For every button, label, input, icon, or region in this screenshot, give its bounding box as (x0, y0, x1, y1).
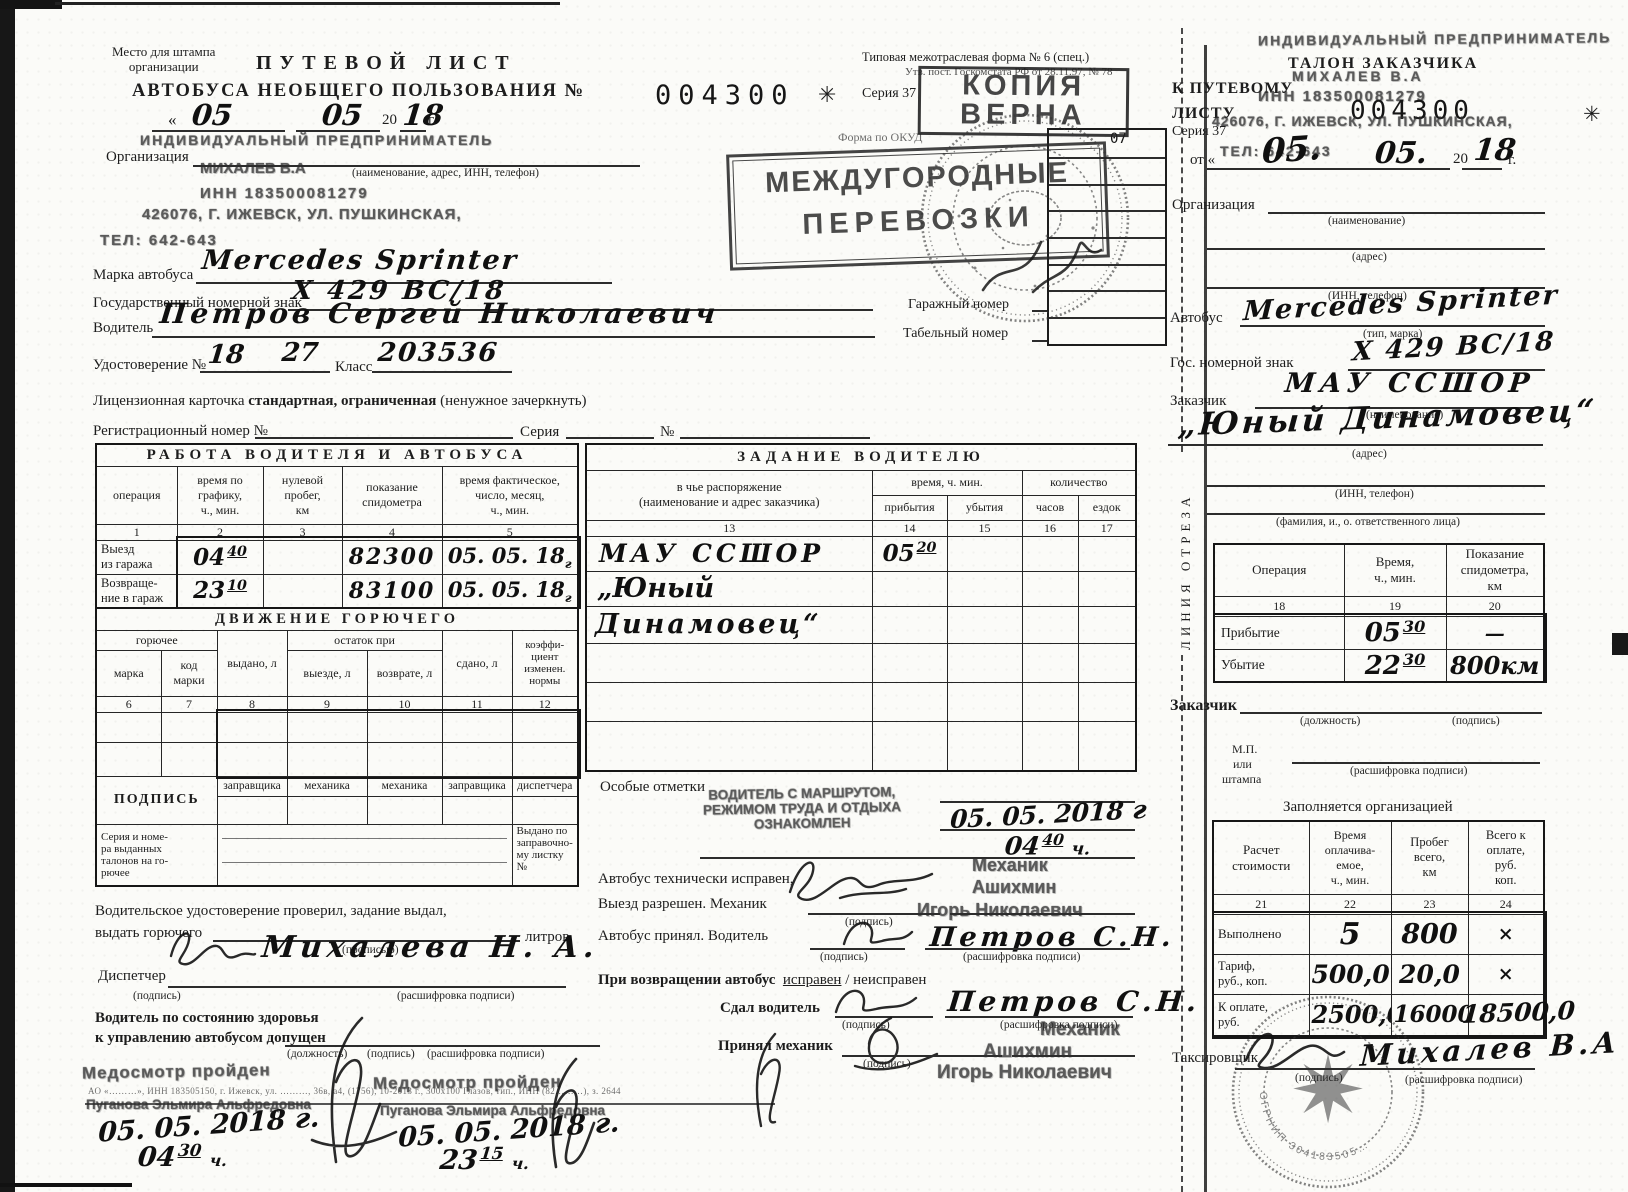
coupon-operation-table: Операция Время, ч., мин. Показание спидо… (1213, 543, 1545, 683)
name-hint: (наименование) (1328, 215, 1405, 227)
med2-time-hw: 2315 ч. (438, 1143, 531, 1176)
op-row-label: Прибытие (1214, 616, 1344, 649)
op-col-header: Время, ч., мин. (1344, 544, 1446, 596)
task-cell: 0520 (872, 536, 947, 571)
rule (372, 371, 512, 373)
task-cell (1078, 643, 1136, 682)
op-cell: 2230 (1344, 649, 1446, 682)
task-col-num: 14 (872, 520, 947, 536)
sign-hint: (подпись) (1452, 715, 1500, 727)
fuel-group-header: горючее (96, 630, 217, 650)
fuel-cell (161, 742, 217, 776)
fuel-cell (512, 742, 578, 776)
filled-by-org-label: Заполняется организацией (1283, 799, 1453, 816)
task-cell (1022, 721, 1078, 771)
rule (1207, 248, 1545, 250)
scan-edge-top (55, 2, 560, 5)
route-ack-line3: ОЗНАКОМЛЕН (703, 814, 901, 832)
dispatcher-label: Диспетчер (98, 968, 166, 985)
fuel-col-header: возврате, л (367, 650, 442, 696)
calc-col-num: 21 (1213, 894, 1309, 914)
handed-by-driver-label: Сдал водитель (720, 1000, 820, 1017)
rule (680, 437, 870, 439)
task-cell (872, 643, 947, 682)
calc-col-header: Время оплачива- емое, ч., мин. (1309, 821, 1391, 894)
calc-cell: 800 (1391, 914, 1468, 954)
coupon-customer-value: МАУ ССШОР (1283, 368, 1535, 399)
fuel-cell (96, 712, 161, 742)
tech-ok-line2: Выезд разрешен. Механик (598, 896, 767, 913)
fuel-cell (217, 712, 287, 742)
work-cell: 0440 (177, 540, 263, 574)
task-cell (1078, 571, 1136, 606)
task-cell (947, 682, 1022, 721)
mechanic-stamp-line: Механик (972, 855, 1048, 876)
work-table-title: РАБОТА ВОДИТЕЛЯ И АВТОБУСА (96, 444, 578, 466)
rule (1292, 762, 1540, 764)
work-col-num: 5 (442, 524, 578, 540)
tech-ok-line1: Автобус технически исправен, (598, 871, 794, 888)
rule (222, 838, 507, 839)
task-table-title: ЗАДАНИЕ ВОДИТЕЛЮ (586, 444, 1136, 470)
fuel-col-num: 8 (217, 696, 287, 712)
waybill-number: 004300 (655, 80, 795, 111)
fuel-table: ДВИЖЕНИЕ ГОРЮЧЕГО горючее выдано, л оста… (95, 607, 579, 887)
rule (950, 913, 1135, 915)
fuel-sign-cell (442, 796, 512, 824)
fuel-col-num: 9 (287, 696, 367, 712)
rule (1168, 444, 1543, 446)
rule (810, 948, 905, 950)
scanned-waybill-page: Место для штампа организации ПУТЕВОЙ ЛИС… (0, 0, 1628, 1192)
calc-cell: × (1468, 914, 1544, 954)
sign-hint: (подпись) (820, 951, 868, 963)
fuel-table-title: ДВИЖЕНИЕ ГОРЮЧЕГО (96, 608, 578, 630)
place-for-stamp-line1: Место для штампа (112, 44, 215, 59)
decode-hint: (расшифровка подписи) (427, 1048, 544, 1060)
license-check-line1: Водительское удостоверение проверил, зад… (95, 903, 447, 920)
fuel-col-num: 10 (367, 696, 442, 712)
rule (1462, 168, 1502, 170)
task-group-header: количество (1022, 470, 1136, 495)
position-hint: (должность) (1300, 715, 1360, 727)
series-label: Серия 37 (862, 86, 916, 102)
license-value2: 27 (280, 338, 319, 368)
fuel-cell (442, 742, 512, 776)
fuel-cell (287, 742, 367, 776)
work-col-num: 2 (177, 524, 263, 540)
rule (1012, 1055, 1135, 1057)
asterisk-icon: ✳ (818, 83, 836, 108)
op-cell: — (1446, 616, 1544, 649)
rule (85, 1103, 775, 1105)
work-col-header: операция (96, 466, 177, 524)
fuel-cell (287, 712, 367, 742)
scan-edge-blob (0, 0, 62, 9)
talon-series-label: Серия и номе- ра выданных талонов на го-… (96, 824, 217, 886)
task-table: ЗАДАНИЕ ВОДИТЕЛЮ в чье распоряжение (наи… (585, 443, 1137, 772)
class-label: Класс (335, 359, 372, 376)
ip-stamp-tel: ТЕЛ: 642-643 (100, 232, 218, 249)
fuel-col-num: 7 (161, 696, 217, 712)
fuel-sign-header: механика (287, 776, 367, 796)
calc-cell: × (1468, 954, 1544, 994)
fuel-cell (367, 742, 442, 776)
task-cell (1078, 721, 1136, 771)
rule (1207, 485, 1545, 487)
op-col-header: Операция (1214, 544, 1344, 596)
rule (168, 986, 566, 988)
coupon-bus-label: Автобус (1170, 310, 1223, 327)
task-cell (1022, 682, 1078, 721)
coupon-ip-stamp-addr: 426076, Г. ИЖЕВСК, УЛ. ПУШКИНСКАЯ, (1212, 113, 1513, 129)
work-cell: 05. 05. 18г (442, 540, 578, 574)
rule (566, 437, 654, 439)
decode-hint: (расшифровка подписи) (397, 990, 514, 1002)
driver-value: Петров Сергей Николаевич (158, 297, 721, 330)
rule (1032, 340, 1047, 342)
ip-stamp-name: МИХАЛЕВ В.А (200, 160, 306, 177)
reg-number-label: Регистрационный номер № (93, 423, 268, 440)
coupon-plate-label: Гос. номерной знак (1170, 355, 1293, 372)
work-col-num: 1 (96, 524, 177, 540)
medical-stamp-1: Медосмотр пройден (82, 1060, 271, 1083)
sign-hint: (подпись) (133, 990, 181, 1002)
work-row-label: Возвраще- ние в гараж (96, 574, 177, 608)
calc-cell: 20,0 (1391, 954, 1468, 994)
task-cell (1022, 606, 1078, 643)
decode-hint: (расшифровка подписи) (963, 951, 1080, 963)
rule (152, 336, 875, 338)
dispatcher-sig-name: Михалева Н. А. (260, 930, 601, 965)
fuel-col-header: марка (96, 650, 161, 696)
coupon-year-suffix: г. (1508, 152, 1516, 169)
seal-star-icon: ✷ (1289, 1037, 1366, 1144)
signature-row-label: ПОДПИСЬ (96, 776, 217, 824)
work-col-num: 3 (263, 524, 342, 540)
work-col-num: 4 (342, 524, 442, 540)
coupon-day-hw: 05. (1261, 128, 1321, 172)
rule (945, 1016, 1133, 1018)
medic-signature-1 (300, 1012, 400, 1170)
page-title: ПУТЕВОЙ ЛИСТ (256, 52, 517, 75)
task-col-num: 17 (1078, 520, 1136, 536)
fuel-col-num: 12 (512, 696, 578, 712)
work-cell (263, 574, 342, 608)
medic-signature-3 (735, 1030, 805, 1130)
personnel-number-label: Табельный номер (903, 326, 1008, 342)
coupon-org-label: Организация (1172, 197, 1255, 214)
task-cell: Динамовец“ (586, 606, 872, 643)
task-cell (1078, 606, 1136, 643)
work-col-header: время по графику, ч., мин. (177, 466, 263, 524)
task-col-header: ездок (1078, 495, 1136, 520)
work-col-header: время фактическое, число, месяц, ч., мин… (442, 466, 578, 524)
fuel-sign-header: заправщика (442, 776, 512, 796)
rule (1207, 513, 1545, 515)
op-row-label: Убытие (1214, 649, 1344, 682)
coupon-customer-sign-label: Заказчик (1170, 697, 1237, 715)
op-cell: 800км (1446, 649, 1544, 682)
license-card-pre: Лицензионная карточка (93, 393, 248, 409)
coupon-ip-stamp-name: МИХАЛЕВ В.А (1292, 68, 1424, 84)
fuel-cell (217, 742, 287, 776)
license-value1: 18 (206, 340, 245, 370)
task-group-header: время, ч. мин. (872, 470, 1022, 495)
mechanic-stamp-line: Игорь Николаевич (917, 900, 1083, 921)
calc-col-header: Расчет стоимости (1213, 821, 1309, 894)
talon-cell (217, 824, 512, 886)
fuel-sign-header: заправщика (217, 776, 287, 796)
rule (222, 862, 507, 863)
cut-line-bottom (1181, 655, 1183, 1192)
work-cell: 05. 05. 18г (442, 574, 578, 608)
bus-accepted-label: Автобус принял. Водитель (598, 928, 768, 945)
rule (200, 371, 330, 373)
task-cell (872, 606, 947, 643)
fuel-sign-cell (512, 796, 578, 824)
task-cell (947, 571, 1022, 606)
med1-time-hw: 0430 ч. (136, 1140, 229, 1173)
mp-line2: или (1233, 757, 1252, 772)
handed-sig-name: Петров С.Н. (946, 985, 1202, 1018)
op-col-num: 20 (1446, 596, 1544, 616)
work-col-header: нулевой пробег, км (263, 466, 342, 524)
task-cell: МАУ ССШОР (586, 536, 872, 571)
fuel-sign-cell (217, 796, 287, 824)
fuel-col-num: 11 (442, 696, 512, 712)
fuel-cell (367, 712, 442, 742)
coupon-customer-value2: „Юный Динамовец“ (1177, 393, 1598, 444)
route-ack-stamp: ВОДИТЕЛЬ С МАРШРУТОМ, РЕЖИМОМ ТРУДА И ОТ… (703, 784, 902, 832)
rule (925, 948, 1130, 950)
calc-row-label: Тариф, руб., коп. (1213, 954, 1309, 994)
task-cell (586, 682, 872, 721)
sign-hint: (подпись) (863, 1058, 911, 1070)
scan-edge-left (0, 0, 15, 1192)
responsible-person-hint: (фамилия, и., о. ответственного лица) (1276, 516, 1460, 528)
fuel-cell (96, 742, 161, 776)
task-cell (1022, 571, 1078, 606)
bus-brand-label: Марка автобуса (93, 267, 193, 284)
driver-label: Водитель (93, 320, 153, 337)
class-value: 203536 (376, 338, 500, 368)
op-col-header: Показание спидометра, км (1446, 544, 1544, 596)
org-label: Организация (106, 149, 189, 166)
fuel-col-num: 6 (96, 696, 161, 712)
fuel-sign-header: механика (367, 776, 442, 796)
mp-line1: М.П. (1232, 742, 1257, 757)
work-cell: 2310 (177, 574, 263, 608)
calc-col-num: 23 (1391, 894, 1468, 914)
reg-no-label: № (660, 424, 674, 441)
task-cell (1078, 536, 1136, 571)
fuel-sign-cell (367, 796, 442, 824)
work-row-label: Выезд из гаража (96, 540, 177, 574)
fuel-col-header: коэффи- циент изменен. нормы (512, 630, 578, 696)
rule (1268, 212, 1545, 214)
calc-row-label: Выполнено (1213, 914, 1309, 954)
reg-series-label: Серия (520, 424, 559, 441)
license-card-line: Лицензионная карточка стандартная, огран… (93, 393, 587, 410)
fuel-group-header: остаток при (287, 630, 442, 650)
coupon-year-prefix: 20 (1453, 151, 1468, 168)
task-cell (872, 682, 947, 721)
task-cell (1022, 536, 1078, 571)
op-col-num: 19 (1344, 596, 1446, 616)
form-type-note: Типовая межотраслевая форма № 6 (спец.) (862, 50, 1089, 65)
mechanic-stamp-line: Ашихмин (972, 877, 1056, 898)
date-day-hw: 05 (190, 98, 234, 132)
fuel-sign-header: диспетчера (512, 776, 578, 796)
task-col-header: убытия (947, 495, 1022, 520)
rule (1240, 712, 1542, 714)
license-card-post: (ненужное зачеркнуть) (436, 393, 586, 409)
address-hint: (адрес) (1352, 448, 1387, 460)
place-for-stamp-line2: организации (112, 59, 215, 74)
task-col-header: часов (1022, 495, 1078, 520)
fuel-col-header: код марки (161, 650, 217, 696)
org-hint: (наименование, адрес, ИНН, телефон) (352, 167, 539, 179)
cut-line-label: ЛИНИЯ ОТРЕЗА (1178, 493, 1194, 650)
task-cell (947, 643, 1022, 682)
fuel-col-header: выезде, л (287, 650, 367, 696)
calc-total-overflow: 18500,0 (1461, 996, 1576, 1029)
health-line1: Водитель по состоянию здоровья (95, 1010, 319, 1027)
mechanic-stamp-line: Механик (1040, 1019, 1120, 1041)
task-cell (1078, 682, 1136, 721)
calc-cell: 5 (1309, 914, 1391, 954)
mechanic-stamp-line: Ашихмин (983, 1041, 1072, 1063)
ip-stamp-line1: ИНДИВИДУАЛЬНЫЙ ПРЕДПРИНИМАТЕЛЬ (140, 132, 493, 148)
mp-line3: штампа (1222, 772, 1261, 787)
fuel-sign-cell (287, 796, 367, 824)
scan-edge-tick (1612, 633, 1628, 655)
calc-col-header: Пробег всего, км (1391, 821, 1468, 894)
task-col-header: прибытия (872, 495, 947, 520)
bus-brand-value: Mercedes Sprinter (200, 245, 519, 276)
coupon-ip-stamp-line1: ИНДИВИДУАЛЬНЫЙ ПРЕДПРИНИМАТЕЛЬ (1258, 29, 1611, 48)
rule (1207, 168, 1450, 170)
coupon-border (1204, 45, 1207, 1192)
date-year-prefix: 20 (382, 112, 397, 129)
task-col-header: в чье распоряжение (наименование и адрес… (586, 470, 872, 520)
date-month-hw: 05 (320, 98, 364, 132)
issued-by-sheet-label: Выдано по заправочно- му листку № (512, 824, 578, 886)
rule (255, 437, 513, 439)
work-col-header: показание спидометра (342, 466, 442, 524)
work-cell: 83100 (342, 574, 442, 608)
work-cell: 82300 (342, 540, 442, 574)
fuel-cell (512, 712, 578, 742)
license-card-bold: стандартная, ограниченная (248, 393, 436, 409)
calc-col-num: 22 (1309, 894, 1391, 914)
date-quote-open: « (168, 110, 177, 130)
task-cell (586, 721, 872, 771)
task-col-num: 13 (586, 520, 872, 536)
task-col-num: 16 (1022, 520, 1078, 536)
calc-col-header: Всего к оплате, руб. коп. (1468, 821, 1544, 894)
rule (842, 1055, 1002, 1057)
calc-col-num: 24 (1468, 894, 1544, 914)
coupon-asterisk-icon: ✳ (1583, 102, 1601, 126)
place-for-stamp: Место для штампа организации (112, 44, 215, 74)
fuel-cell (161, 712, 217, 742)
ip-stamp-inn: ИНН 183500081279 (200, 185, 369, 202)
date-year-suffix: г. (428, 112, 436, 129)
fuel-cell (442, 712, 512, 742)
calc-cell: 500,0 (1309, 954, 1391, 994)
task-cell (947, 606, 1022, 643)
task-col-num: 15 (947, 520, 1022, 536)
task-cell (586, 643, 872, 682)
fuel-col-header: сдано, л (442, 630, 512, 696)
op-cell: 0530 (1344, 616, 1446, 649)
okud-label: Форма по ОКУД (838, 130, 922, 145)
medic-signature-2 (528, 1055, 608, 1173)
rule (1240, 325, 1545, 327)
work-table: РАБОТА ВОДИТЕЛЯ И АВТОБУСА операция врем… (95, 443, 579, 609)
task-cell: „Юный (586, 571, 872, 606)
coupon-series: Серия 37 (1172, 124, 1226, 140)
task-cell (947, 721, 1022, 771)
date-year-hw: 18 (401, 98, 445, 132)
decode-hint: (расшифровка подписи) (1350, 765, 1467, 777)
coupon-month-hw: 05. (1373, 136, 1429, 171)
mechanic-stamp-line: Игорь Николаевич (937, 1062, 1112, 1084)
scan-edge-bottom (0, 1183, 132, 1187)
op-col-num: 18 (1214, 596, 1344, 616)
signature-over-seal (975, 220, 1115, 310)
license-label: Удостоверение № (93, 357, 206, 374)
ip-stamp-addr: 426076, Г. ИЖЕВСК, УЛ. ПУШКИНСКАЯ, (142, 206, 462, 223)
coupon-round-seal: ОГРНИП 304183505… ✷ (1228, 992, 1428, 1192)
task-cell (1022, 643, 1078, 682)
fuel-col-header: выдано, л (217, 630, 287, 696)
dispatcher-signature (165, 920, 260, 970)
copy-stamp-line1: КОПИЯ (921, 70, 1126, 102)
task-cell (872, 571, 947, 606)
address-hint: (адрес) (1352, 251, 1387, 263)
task-cell (872, 721, 947, 771)
work-cell (263, 540, 342, 574)
inn-phone-hint: (ИНН, телефон) (1335, 488, 1414, 500)
special-notes-label: Особые отметки (600, 779, 705, 796)
coupon-from-label: от « (1190, 152, 1215, 169)
task-cell (947, 536, 1022, 571)
